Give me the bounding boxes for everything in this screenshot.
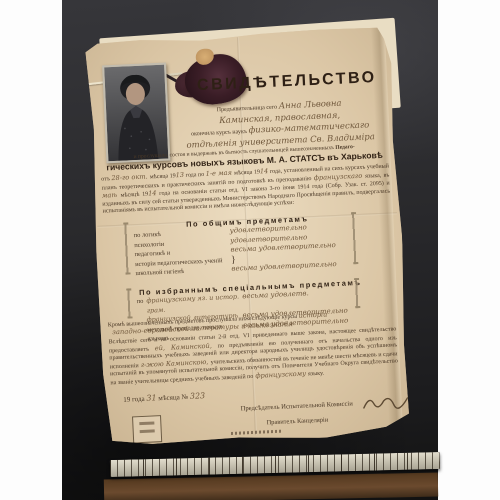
pedago-bold: Педаго- [335, 144, 355, 151]
special-prefix: по [137, 297, 144, 316]
finished-label: окончила курсъ наукъ [191, 129, 247, 138]
general-subjects-list: по логикѣ удовлетворительно психологіи у… [134, 220, 376, 279]
exam-year-hw: 14 [148, 189, 157, 197]
signature-block: Предсѣдатель Испытательной Комиссіи Прав… [192, 398, 403, 430]
portrait-woman-illustration [104, 65, 168, 162]
presenter-label: Предъявительница сего [217, 105, 278, 114]
photograph-of-certificate: СВИДѢТЕЛЬСТВО Предъявительница сего Анна… [0, 0, 500, 500]
language-insert: французскому [253, 369, 308, 379]
portrait-photo [102, 63, 170, 164]
exam-month-hw: маѣ [102, 191, 121, 200]
chair-label: Предсѣдатель Испытательной Комиссіи [240, 400, 352, 412]
clerk-label: Правитель Канцеляріи [192, 413, 402, 430]
certificate-document: СВИДѢТЕЛЬСТВО Предъявительница сего Анна… [85, 26, 411, 448]
language-hw: французскаго [314, 171, 366, 181]
date-to-hw: 1-е мая [205, 169, 234, 178]
year-from-hw: 13 [175, 171, 184, 179]
stamp-box [132, 415, 162, 443]
day-handwritten: 31 [146, 393, 157, 402]
doc-number-handwritten: 323 [190, 391, 206, 401]
date-from-hw: 28-го окт. [111, 172, 150, 182]
